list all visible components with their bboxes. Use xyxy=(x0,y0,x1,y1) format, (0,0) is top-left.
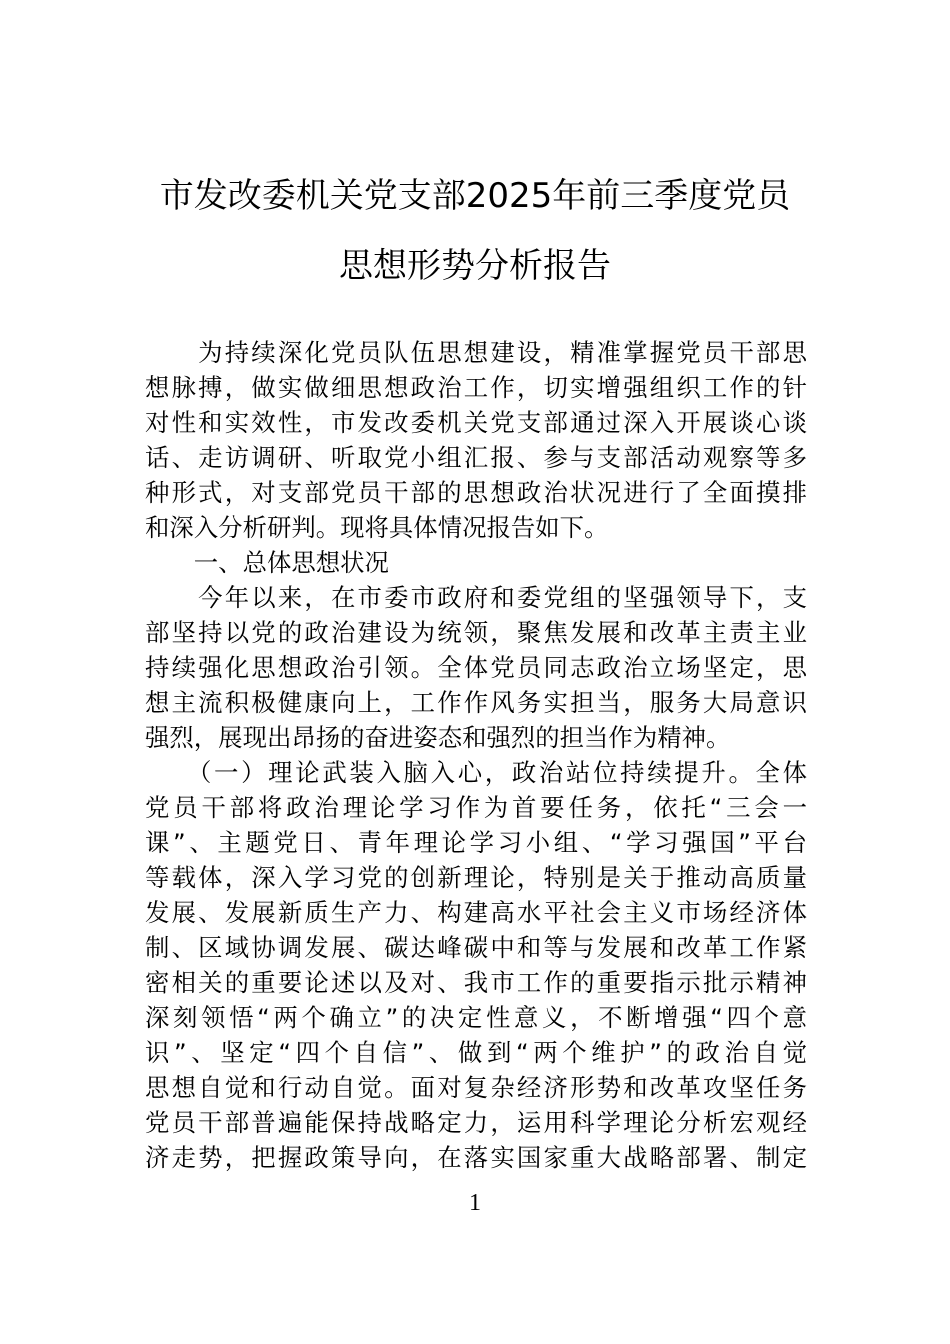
body-line: 话、走访调研、听取党小组汇报、参与支部活动观察等多 xyxy=(145,441,807,475)
body-line: 密相关的重要论述以及对、我市工作的重要指示批示精神 xyxy=(145,966,807,1000)
body-line: 今年以来，在市委市政府和委党组的坚强领导下，支 xyxy=(145,581,807,615)
page-number: 1 xyxy=(0,1188,950,1218)
body-line: 想脉搏，做实做细思想政治工作，切实增强组织工作的针 xyxy=(145,371,807,405)
document-title-line-1: 市发改委机关党支部2025年前三季度党员 xyxy=(0,176,950,216)
body-line: 和深入分析研判。现将具体情况报告如下。 xyxy=(145,511,807,545)
body-line: 济走势，把握政策导向，在落实国家重大战略部署、制定 xyxy=(145,1141,807,1175)
body-line: 部坚持以党的政治建设为统领，聚焦发展和改革主责主业 xyxy=(145,616,807,650)
body-line: 思想自觉和行动自觉。面对复杂经济形势和改革攻坚任务 xyxy=(145,1071,807,1105)
body-line: 党员干部普遍能保持战略定力，运用科学理论分析宏观经 xyxy=(145,1106,807,1140)
body-line: 发展、发展新质生产力、构建高水平社会主义市场经济体 xyxy=(145,896,807,930)
body-line: 持续强化思想政治引领。全体党员同志政治立场坚定，思 xyxy=(145,651,807,685)
body-line: 为持续深化党员队伍思想建设，精准掌握党员干部思 xyxy=(145,336,807,370)
body-line: 课”、主题党日、青年理论学习小组、“学习强国”平台 xyxy=(145,826,807,860)
body-line: 识”、坚定“四个自信”、做到“两个维护”的政治自觉 xyxy=(145,1036,807,1070)
section-heading: 一、总体思想状况 xyxy=(145,546,807,580)
body-line: 深刻领悟“两个确立”的决定性意义，不断增强“四个意 xyxy=(145,1001,807,1035)
body-line: 党员干部将政治理论学习作为首要任务，依托“三会一 xyxy=(145,791,807,825)
body-line: 种形式，对支部党员干部的思想政治状况进行了全面摸排 xyxy=(145,476,807,510)
body-line: 对性和实效性，市发改委机关党支部通过深入开展谈心谈 xyxy=(145,406,807,440)
subsection-line: （一）理论武装入脑入心，政治站位持续提升。全体 xyxy=(145,756,807,790)
body-line: 制、区域协调发展、碳达峰碳中和等与发展和改革工作紧 xyxy=(145,931,807,965)
document-title-line-2: 思想形势分析报告 xyxy=(0,246,950,286)
body-line: 强烈，展现出昂扬的奋进姿态和强烈的担当作为精神。 xyxy=(145,721,807,755)
body-line: 想主流积极健康向上，工作作风务实担当，服务大局意识 xyxy=(145,686,807,720)
document-page: 市发改委机关党支部2025年前三季度党员 思想形势分析报告 为持续深化党员队伍思… xyxy=(0,0,950,1344)
body-line: 等载体，深入学习党的创新理论，特别是关于推动高质量 xyxy=(145,861,807,895)
